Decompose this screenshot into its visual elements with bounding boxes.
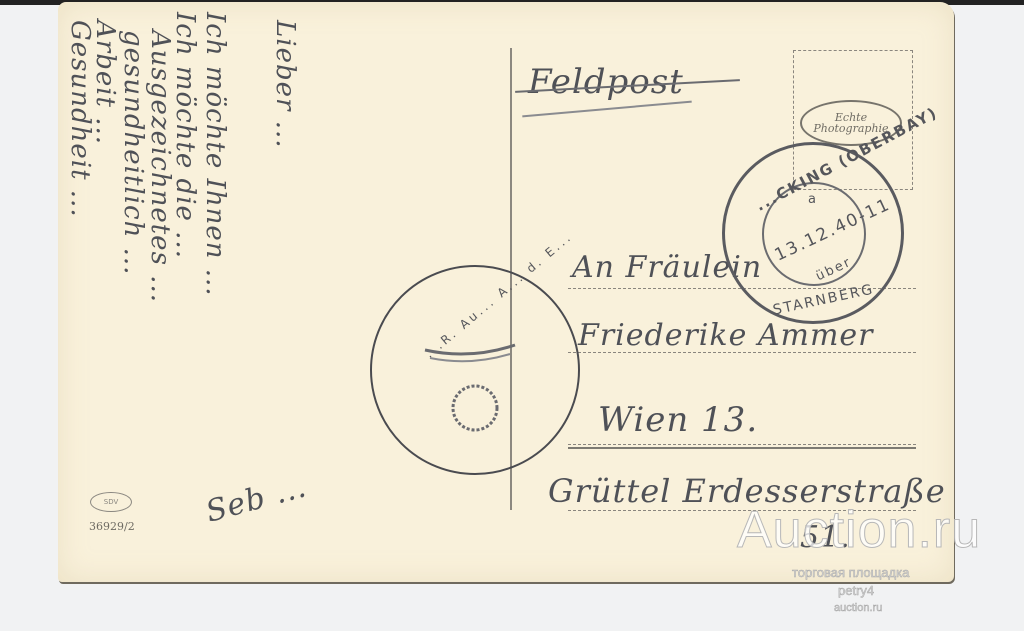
- message-line-3: Ausgezeichnetes ...: [145, 30, 175, 303]
- address-city: Wien 13.: [598, 400, 758, 440]
- eagle-emblem-icon: [420, 330, 530, 440]
- feldpost-handwriting: Feldpost: [528, 62, 684, 102]
- watermark-site: auction.ru: [834, 602, 882, 614]
- address-line-3: [568, 444, 916, 445]
- message-line-7: Lieber ...: [270, 20, 300, 149]
- address-underline: [568, 447, 916, 449]
- message-line-4: gesundheitlich ...: [118, 30, 148, 275]
- message-line-1: Ich möchte Ihnen ...: [200, 12, 230, 297]
- auction-watermark: Auction.ru: [737, 500, 981, 560]
- message-line-6: Gesundheit ...: [65, 20, 95, 218]
- postmark-letter: a: [808, 192, 818, 207]
- address-recipient-name: Friederike Ammer: [578, 318, 874, 353]
- print-number: 36929/2: [89, 520, 135, 533]
- watermark-tagline: торговая площадка: [792, 565, 909, 580]
- publisher-logo: SDV: [90, 492, 132, 512]
- watermark-seller: petry4: [838, 583, 874, 598]
